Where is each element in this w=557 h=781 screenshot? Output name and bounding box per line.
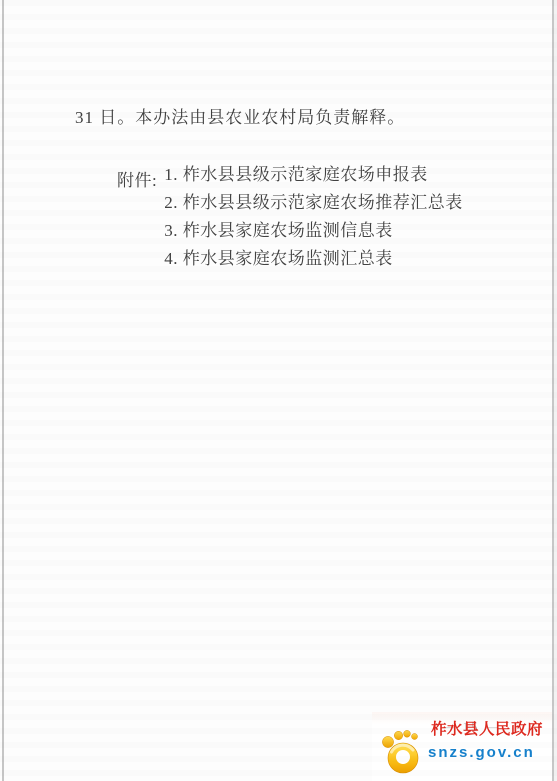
attachments-list: 1. 柞水县县级示范家庭农场申报表 2. 柞水县县级示范家庭农场推荐汇总表 3.… bbox=[164, 166, 463, 278]
attachment-item: 1. 柞水县县级示范家庭农场申报表 bbox=[164, 166, 463, 183]
attachments-block: 附件: 1. 柞水县县级示范家庭农场申报表 2. 柞水县县级示范家庭农场推荐汇总… bbox=[117, 166, 463, 278]
scan-edge-left bbox=[2, 0, 4, 781]
attachment-item: 3. 柞水县家庭农场监测信息表 bbox=[164, 222, 463, 239]
body-paragraph: 31 日。本办法由县农业农村局负责解释。 bbox=[75, 107, 515, 128]
attachments-label: 附件: bbox=[117, 166, 157, 191]
site-url: snzs.gov.cn bbox=[428, 744, 535, 761]
attachment-item: 2. 柞水县县级示范家庭农场推荐汇总表 bbox=[164, 194, 463, 211]
document-page: 31 日。本办法由县农业农村局负责解释。 附件: 1. 柞水县县级示范家庭农场申… bbox=[0, 0, 557, 781]
footprint-icon bbox=[380, 728, 426, 774]
attachment-item: 4. 柞水县家庭农场监测汇总表 bbox=[164, 250, 463, 267]
site-name: 柞水县人民政府 bbox=[431, 717, 543, 739]
site-watermark: — 15 — 柞水县人民政府 snzs.gov.cn bbox=[372, 712, 552, 781]
